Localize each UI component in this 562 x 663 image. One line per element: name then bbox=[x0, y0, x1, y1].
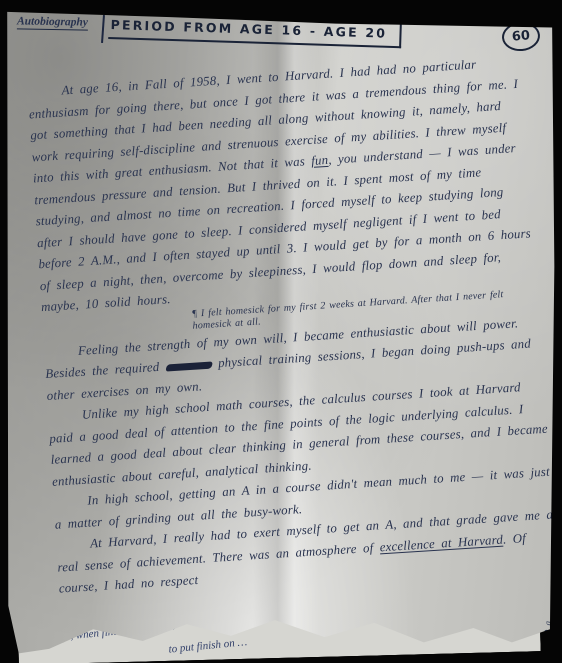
crossed-out-word bbox=[165, 361, 213, 371]
edge-annotation: p. 60 a bbox=[543, 620, 553, 652]
body-text: At age 16, in Fall of 1958, I went to Ha… bbox=[27, 51, 556, 600]
header-divider bbox=[101, 15, 105, 43]
underlined-phrase-excellence: excellence at Harvard bbox=[379, 532, 503, 554]
page-title: PERIOD FROM AGE 16 - AGE 20 bbox=[108, 14, 401, 48]
page: Autobiography PERIOD FROM AGE 16 - AGE 2… bbox=[5, 6, 556, 658]
autobiography-label: Autobiography bbox=[17, 15, 88, 30]
page-number-badge: 60 bbox=[501, 20, 541, 52]
photo-frame: except, when final exams were to put fin… bbox=[0, 0, 562, 663]
paragraph-harvard-arrival: At age 16, in Fall of 1958, I went to Ha… bbox=[27, 51, 541, 318]
underlined-word-fun: fun bbox=[311, 153, 329, 168]
under-page-fragment: to put finish on … bbox=[168, 636, 248, 656]
